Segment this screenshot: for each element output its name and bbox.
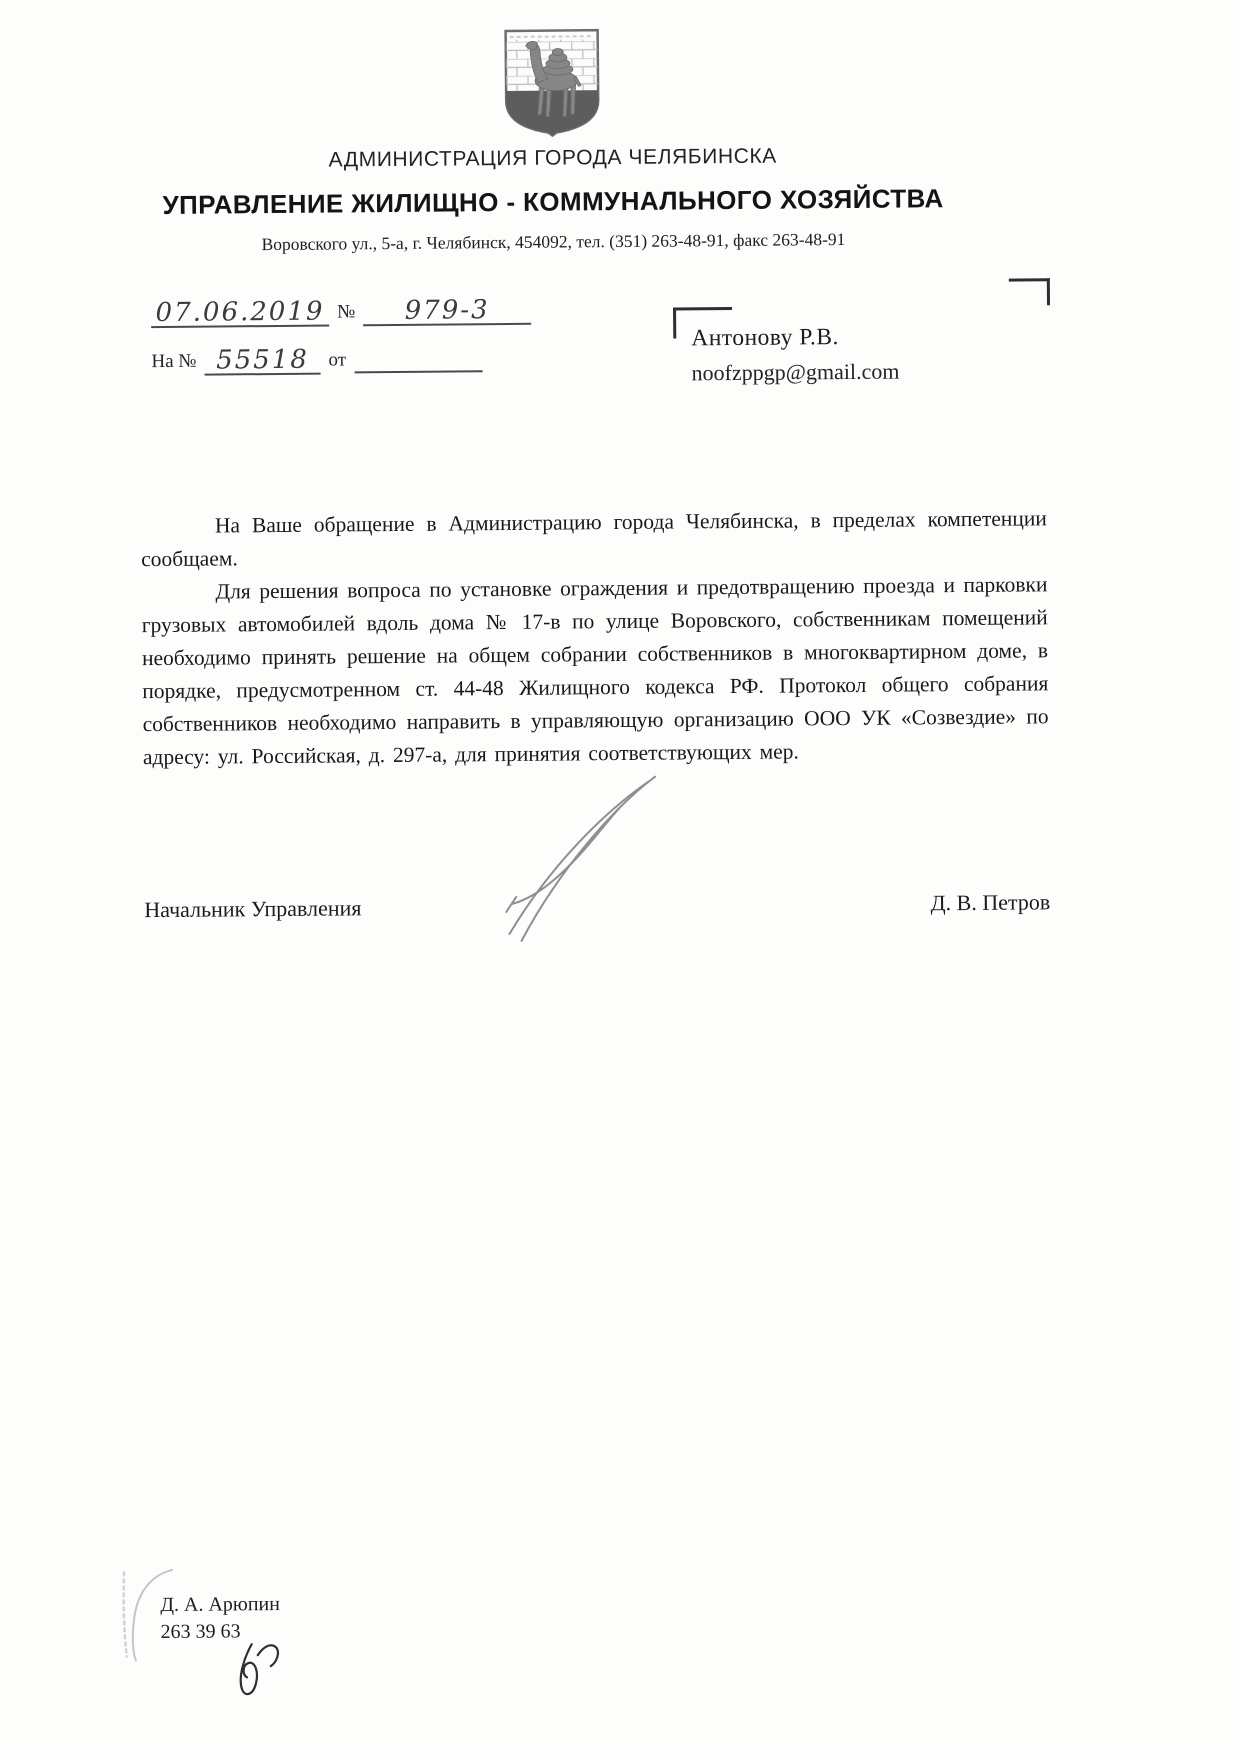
address-corner-mark-right (1009, 278, 1050, 305)
organization-address-line: Воровского ул., 5-а, г. Челябинск, 45409… (118, 228, 988, 257)
recipient-block: Антонову Р.В. noofzppgp@gmail.com (691, 322, 1022, 386)
scanned-letter-page: АДМИНИСТРАЦИЯ ГОРОДА ЧЕЛЯБИНСКА УПРАВЛЕН… (0, 0, 1240, 1754)
outgoing-date-value: 07.06.2019 (155, 297, 324, 328)
letterhead: АДМИНИСТРАЦИЯ ГОРОДА ЧЕЛЯБИНСКА УПРАВЛЕН… (117, 21, 989, 257)
outgoing-date-field: 07.06.2019 (151, 295, 329, 329)
executor-phone: 263 39 63 (160, 1618, 280, 1646)
executor-block: Д. А. Арюпин 263 39 63 (160, 1591, 280, 1646)
executor-initials-icon (240, 1644, 278, 1694)
incoming-number-value: 55518 (216, 345, 309, 376)
outgoing-number-field: 979-3 (363, 293, 531, 326)
letter-content: АДМИНИСТРАЦИЯ ГОРОДА ЧЕЛЯБИНСКА УПРАВЛЕН… (0, 0, 1240, 1754)
signature-row: Начальник Управления Д. В. Петров (144, 889, 1050, 923)
incoming-date-field-empty (354, 348, 482, 373)
signer-name: Д. В. Петров (931, 889, 1051, 916)
reference-block: 07.06.2019№979-3 На №55518от (151, 292, 582, 376)
organization-title: УПРАВЛЕНИЕ ЖИЛИЩНО - КОММУНАЛЬНОГО ХОЗЯЙ… (118, 183, 988, 222)
recipient-email: noofzppgp@gmail.com (691, 357, 1021, 386)
coat-of-arms-icon (500, 24, 605, 139)
executor-name: Д. А. Арюпин (160, 1591, 280, 1619)
signer-position-title: Начальник Управления (144, 895, 361, 923)
incoming-reference-row: На №55518от (151, 340, 581, 376)
number-sign-label: № (329, 301, 363, 322)
incoming-number-field: 55518 (204, 343, 320, 376)
outgoing-reference-row: 07.06.2019№979-3 (151, 292, 581, 328)
parent-organization-title: АДМИНИСТРАЦИЯ ГОРОДА ЧЕЛЯБИНСКА (118, 143, 988, 175)
letter-body: На Ваше обращение в Администрацию города… (141, 502, 1049, 774)
from-label: от (320, 349, 354, 370)
reply-to-label: На № (151, 351, 204, 372)
ink-marks-overlay (0, 0, 1240, 1754)
body-paragraph-1: На Ваше обращение в Администрацию города… (141, 502, 1048, 576)
recipient-name: Антонову Р.В. (691, 322, 1021, 352)
body-paragraph-2: Для решения вопроса по установке огражде… (141, 568, 1049, 774)
outgoing-number-value: 979-3 (405, 295, 490, 326)
